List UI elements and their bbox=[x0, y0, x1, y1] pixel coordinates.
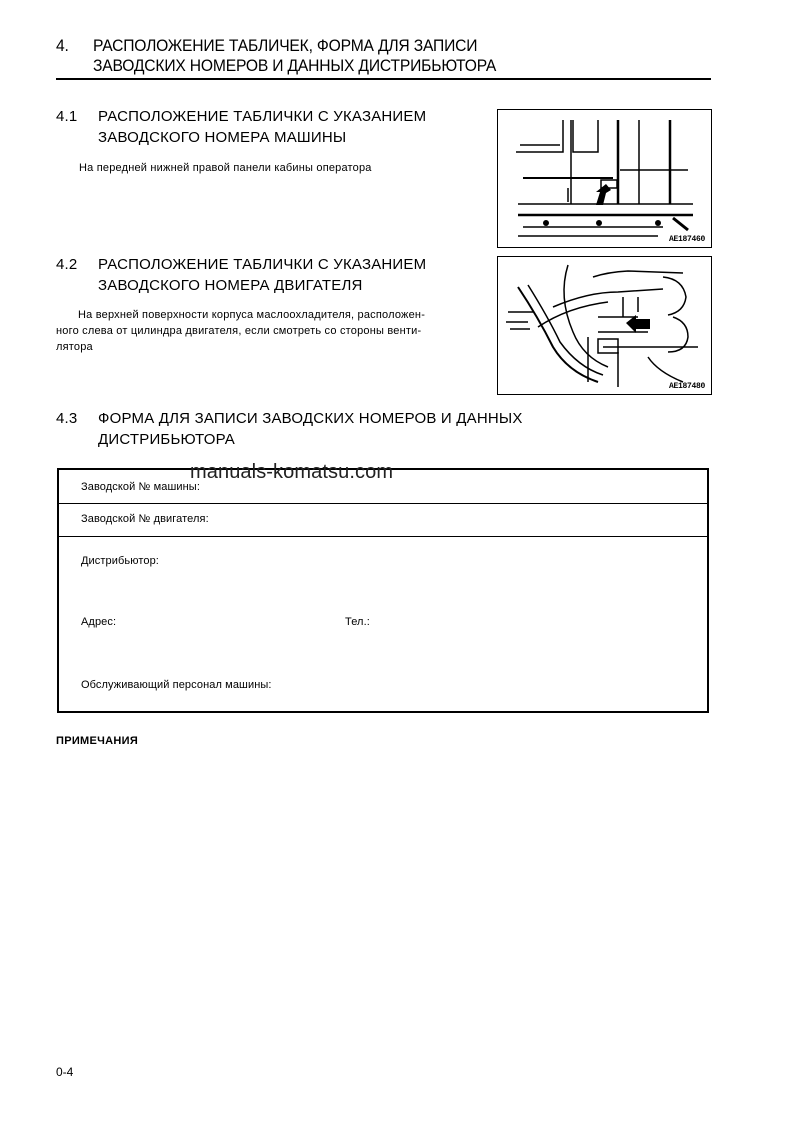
figure-code-4-1: AE187460 bbox=[669, 235, 705, 244]
cab-panel-illustration bbox=[498, 110, 711, 247]
subsection-4-1-title-line2: ЗАВОДСКОГО НОМЕРА МАШИНЫ bbox=[98, 127, 426, 148]
section-title-line1: РАСПОЛОЖЕНИЕ ТАБЛИЧЕК, ФОРМА ДЛЯ ЗАПИСИ bbox=[93, 36, 496, 56]
subsection-4-1-title: РАСПОЛОЖЕНИЕ ТАБЛИЧКИ С УКАЗАНИЕМ ЗАВОДС… bbox=[98, 106, 426, 148]
distributor-label: Дистрибьютор: bbox=[81, 555, 159, 567]
figure-code-4-2: AE187480 bbox=[669, 382, 705, 391]
section-number: 4. bbox=[56, 36, 69, 56]
page-number: 0-4 bbox=[56, 1065, 73, 1079]
subsection-4-2-title-line1: РАСПОЛОЖЕНИЕ ТАБЛИЧКИ С УКАЗАНИЕМ bbox=[98, 254, 426, 275]
subsection-4-2-text-line2: ного слева от цилиндра двигателя, если с… bbox=[56, 323, 476, 339]
distributor-data-form: Заводской № машины: Заводской № двигател… bbox=[57, 468, 709, 713]
subsection-4-2-number: 4.2 bbox=[56, 254, 77, 275]
address-label: Адрес: bbox=[81, 616, 116, 628]
subsection-4-3-number: 4.3 bbox=[56, 408, 77, 429]
engine-plate-figure: AE187480 bbox=[497, 256, 712, 395]
section-title: РАСПОЛОЖЕНИЕ ТАБЛИЧЕК, ФОРМА ДЛЯ ЗАПИСИ … bbox=[93, 36, 496, 76]
heading-rule bbox=[56, 78, 711, 80]
watermark: manuals-komatsu.com bbox=[190, 461, 393, 484]
engine-serial-row[interactable]: Заводской № двигателя: bbox=[59, 503, 707, 537]
subsection-4-1-title-line1: РАСПОЛОЖЕНИЕ ТАБЛИЧКИ С УКАЗАНИЕМ bbox=[98, 106, 426, 127]
service-staff-label: Обслуживающий персонал машины: bbox=[81, 679, 272, 691]
phone-label: Тел.: bbox=[345, 616, 370, 628]
engine-serial-label: Заводской № двигателя: bbox=[81, 513, 209, 525]
subsection-4-3-title-line1: ФОРМА ДЛЯ ЗАПИСИ ЗАВОДСКИХ НОМЕРОВ И ДАН… bbox=[98, 408, 523, 429]
subsection-4-3-title: ФОРМА ДЛЯ ЗАПИСИ ЗАВОДСКИХ НОМЕРОВ И ДАН… bbox=[98, 408, 523, 450]
subsection-4-1-text: На передней нижней правой панели кабины … bbox=[79, 160, 372, 176]
machine-plate-figure: AE187460 bbox=[497, 109, 712, 248]
engine-illustration bbox=[498, 257, 711, 394]
subsection-4-2-text-line1: На верхней поверхности корпуса маслоохла… bbox=[56, 307, 476, 323]
subsection-4-2-text: На верхней поверхности корпуса маслоохла… bbox=[56, 307, 476, 355]
subsection-4-2-text-line3: лятора bbox=[56, 339, 476, 355]
subsection-4-1-number: 4.1 bbox=[56, 106, 77, 127]
subsection-4-2-title: РАСПОЛОЖЕНИЕ ТАБЛИЧКИ С УКАЗАНИЕМ ЗАВОДС… bbox=[98, 254, 426, 296]
subsection-4-3-title-line2: ДИСТРИБЬЮТОРА bbox=[98, 429, 523, 450]
machine-serial-label: Заводской № машины: bbox=[81, 481, 200, 493]
notes-heading: ПРИМЕЧАНИЯ bbox=[56, 735, 138, 747]
section-title-line2: ЗАВОДСКИХ НОМЕРОВ И ДАННЫХ ДИСТРИБЬЮТОРА bbox=[93, 56, 496, 76]
subsection-4-2-title-line2: ЗАВОДСКОГО НОМЕРА ДВИГАТЕЛЯ bbox=[98, 275, 426, 296]
